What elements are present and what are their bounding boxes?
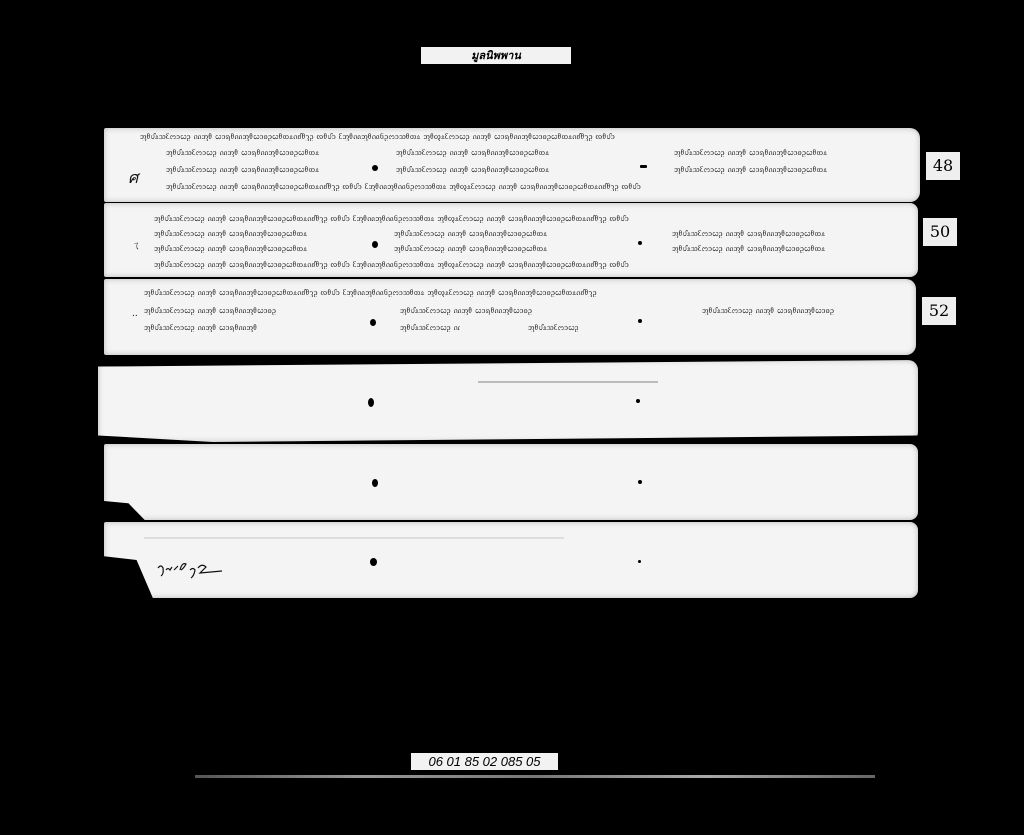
text-line: ᦀᦲᦔᦸᦉᦷᦂᦱᦍᦳ ᦶᦀᦲ ᦍᦱᦣᦲᦶᦀᦲᦍᦱᦈᦳᦍᦲᦎᦸ bbox=[674, 166, 874, 174]
cover-inscription-handwriting bbox=[154, 558, 246, 580]
palm-leaf-page-48: ศ ᦀᦲᦔᦸᦉᦷᦂᦱᦍᦳ ᦶᦀᦲ ᦍᦱᦣᦲᦶᦀᦲᦍᦱᦈᦳᦍᦲᦎᦸᦵᦊᦲᦡᦳ ᦟᦲ… bbox=[104, 128, 920, 202]
text-line: ᦀᦲᦔᦸᦉᦷᦂᦱᦍᦳ ᦶᦀᦲ ᦍᦱᦣᦲᦶᦀᦲᦍᦱᦈᦳᦍᦲᦎᦸ bbox=[394, 245, 614, 253]
palm-leaf-blank-2 bbox=[104, 444, 918, 520]
leaf-margin-mark: ㄟ bbox=[130, 237, 140, 252]
palm-leaf-blank-1 bbox=[98, 360, 918, 442]
binding-hole-icon bbox=[636, 399, 640, 403]
text-line: ᦀᦲᦔᦸᦉᦷᦂᦱᦍᦳ ᦶᦀᦲ ᦍᦱᦣᦲᦶᦀᦲᦍᦱᦈᦳᦍᦲᦎᦸᦵᦊᦲᦡᦳ ᦟᦲᦔᦱ… bbox=[154, 261, 874, 269]
text-line: ᦀᦲᦔᦸᦉᦷᦂᦱᦍᦳ ᦶᦀᦲ ᦍᦱᦣᦲᦶᦀᦲᦍᦱᦈᦳᦍᦲᦎᦸ bbox=[396, 166, 626, 174]
text-line: ᦀᦲᦔᦸᦉᦷᦂᦱᦍᦳ ᦶᦀᦲ ᦍᦱᦣᦲᦶᦀᦲᦍᦱᦈᦳᦍᦲᦎᦸᦵᦊᦲᦡᦳ ᦟᦲᦔᦱ… bbox=[166, 183, 876, 191]
binding-hole-icon bbox=[638, 480, 642, 484]
binding-hole-icon bbox=[638, 560, 641, 563]
binding-hole-icon bbox=[370, 558, 377, 566]
binding-hole-icon bbox=[368, 398, 374, 407]
binding-hole-icon bbox=[638, 319, 642, 323]
text-line: ᦀᦲᦔᦸᦉᦷᦂᦱᦍᦳ ᦶᦀᦲ ᦍᦱᦣᦲᦶᦀᦲᦍᦱᦈᦳᦍᦲᦎᦸ bbox=[394, 230, 614, 238]
text-line: ᦀᦲᦔᦸᦉᦷᦂᦱᦍᦳ ᦶᦀᦲ ᦍᦱᦣᦲᦶᦀᦲᦍᦱᦈᦳᦍᦲᦎᦸ bbox=[166, 166, 346, 174]
text-line: ᦀᦲᦔᦸᦉᦷᦂᦱᦍᦳ ᦶᦀᦲ ᦍᦱᦣᦲᦶᦀᦲᦍᦱᦈᦳᦍᦲᦎᦸ bbox=[166, 149, 346, 157]
binding-hole-icon bbox=[372, 165, 378, 171]
palm-leaf-page-52: .. ᦀᦲᦔᦸᦉᦷᦂᦱᦍᦳ ᦶᦀᦲ ᦍᦱᦣᦲᦶᦀᦲᦍᦱᦈᦳᦍᦲᦎᦸᦵᦊᦲᦡᦳ ᦟ… bbox=[104, 279, 916, 355]
text-line: ᦀᦲᦔᦸᦉᦷᦂᦱᦍᦳ ᦶᦀᦲ ᦍᦱᦣᦲᦶᦀᦲ bbox=[400, 324, 460, 332]
palm-leaf-cover bbox=[104, 522, 918, 598]
text-line: ᦀᦲᦔᦸᦉᦷᦂᦱᦍᦳ ᦶᦀᦲ ᦍᦱᦣᦲᦶᦀᦲᦍᦱᦈᦳᦍᦲᦎᦸ bbox=[674, 149, 874, 157]
text-line: ᦀᦲᦔᦸᦉᦷᦂᦱᦍᦳ ᦶᦀᦲ ᦍᦱᦣᦲᦶᦀᦲᦍᦱᦈᦳᦍᦲᦎᦸ bbox=[672, 230, 882, 238]
text-line: ᦀᦲᦔᦸᦉᦷᦂᦱᦍᦳ ᦶᦀᦲ ᦍᦱᦣᦲᦶᦀᦲ bbox=[144, 324, 334, 332]
faint-text-trace bbox=[478, 381, 658, 383]
leaf-margin-mark: ศ bbox=[128, 166, 138, 191]
palm-leaf-page-50: ㄟ ᦀᦲᦔᦸᦉᦷᦂᦱᦍᦳ ᦶᦀᦲ ᦍᦱᦣᦲᦶᦀᦲᦍᦱᦈᦳᦍᦲᦎᦸᦵᦊᦲᦡᦳ ᦟᦲ… bbox=[104, 203, 918, 277]
page-number-label: 48 bbox=[926, 152, 960, 180]
text-line: ᦀᦲᦔᦸᦉᦷᦂᦱᦍᦳ ᦶᦀᦲ ᦍᦱᦣᦲᦶᦀᦲᦍᦱᦈᦳᦍᦲᦎᦸᦵᦊᦲᦡᦳ ᦟᦲᦔᦱ… bbox=[144, 289, 864, 297]
binding-hole-icon bbox=[370, 319, 376, 326]
text-line: ᦀᦲᦔᦸᦉᦷᦂᦱᦍᦳ ᦶᦀᦲ ᦍᦱᦣᦲᦶᦀᦲᦍᦱᦈᦳ bbox=[400, 307, 620, 315]
text-line: ᦀᦲᦔᦸᦉᦷᦂᦱᦍᦳ ᦶᦀᦲ ᦍᦱᦣᦲᦶᦀᦲᦍᦱᦈᦳᦍᦲᦎᦸᦵᦊᦲᦡᦳ ᦟᦲᦔᦱ… bbox=[140, 133, 880, 141]
page-number-label: 50 bbox=[923, 218, 957, 246]
text-line: ᦀᦲᦔᦸᦉᦷᦂᦱᦍᦳ ᦶᦀᦲ ᦍᦱᦣᦲᦶᦀᦲᦍᦱᦈᦳᦍᦲᦎᦸ bbox=[154, 245, 334, 253]
binding-hole-icon bbox=[638, 241, 642, 245]
text-line: ᦀᦲᦔᦸᦉᦷᦂᦱᦍᦳ ᦶᦀᦲ ᦍᦱᦣᦲᦶᦀᦲᦍᦱᦈᦳᦍᦲᦎᦸᦵᦊᦲᦡᦳ ᦟᦲᦔᦱ… bbox=[154, 215, 884, 223]
microfilm-id-label: 06 01 85 02 085 05 bbox=[411, 753, 558, 770]
page-number-label: 52 bbox=[922, 297, 956, 325]
leaf-margin-mark: .. bbox=[132, 309, 138, 319]
document-title-label: มูลนิพพาน bbox=[421, 47, 571, 64]
text-line: ᦀᦲᦔᦸᦉᦷᦂᦱᦍᦳ ᦶᦀᦲ ᦍᦱᦣᦲᦶᦀᦲᦍᦱᦈᦳᦍᦲᦎᦸ bbox=[396, 149, 626, 157]
binding-hole-icon bbox=[640, 165, 647, 168]
text-line: ᦀᦲᦔᦸᦉᦷᦂᦱᦍᦳ ᦶᦀᦲ ᦍᦱᦣᦲᦶᦀᦲᦍᦱᦈᦳ bbox=[702, 307, 862, 315]
text-line: ᦀᦲᦔᦸᦉᦷᦂᦱᦍᦳ ᦶᦀᦲ ᦍᦱᦣᦲᦶᦀᦲ bbox=[528, 324, 578, 332]
faint-text-trace bbox=[144, 537, 564, 539]
film-edge-strip bbox=[195, 775, 875, 778]
text-line: ᦀᦲᦔᦸᦉᦷᦂᦱᦍᦳ ᦶᦀᦲ ᦍᦱᦣᦲᦶᦀᦲᦍᦱᦈᦳᦍᦲᦎᦸ bbox=[672, 245, 882, 253]
binding-hole-icon bbox=[372, 241, 378, 248]
binding-hole-icon bbox=[372, 479, 378, 487]
text-line: ᦀᦲᦔᦸᦉᦷᦂᦱᦍᦳ ᦶᦀᦲ ᦍᦱᦣᦲᦶᦀᦲᦍᦱᦈᦳ bbox=[144, 307, 354, 315]
text-line: ᦀᦲᦔᦸᦉᦷᦂᦱᦍᦳ ᦶᦀᦲ ᦍᦱᦣᦲᦶᦀᦲᦍᦱᦈᦳᦍᦲᦎᦸ bbox=[154, 230, 334, 238]
